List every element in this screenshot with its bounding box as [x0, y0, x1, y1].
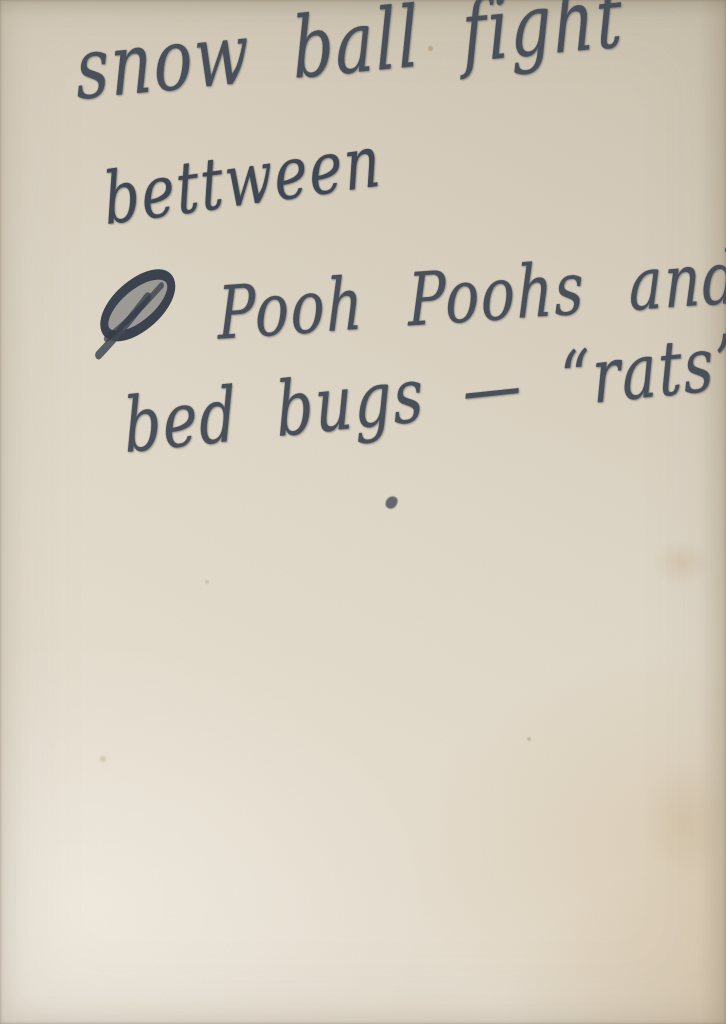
paper-stain — [640, 760, 726, 880]
handwritten-line-2: bettween — [100, 120, 385, 242]
handwritten-text: bettween — [100, 120, 385, 242]
handwritten-text: bed bugs — “rats” — [122, 316, 726, 470]
paper-edge-shade-top — [0, 0, 726, 18]
paper-speck — [100, 756, 106, 762]
handwritten-line-1: snow ball fight — [74, 0, 626, 120]
paper-grain — [0, 0, 726, 1024]
paper-edge-shade-right — [700, 0, 726, 1024]
ink-blot — [384, 494, 399, 510]
paper-speck — [527, 737, 531, 741]
paper-speck — [205, 580, 209, 584]
paper-stain — [652, 540, 712, 586]
handwritten-line-4: bed bugs — “rats” — [122, 316, 726, 470]
paper-speck — [428, 46, 433, 51]
handwritten-line-3: Pooh Poohs and — [91, 219, 726, 366]
photo-back: snow ball fight bettween Pooh Poohs and … — [0, 0, 726, 1024]
handwritten-text: Pooh Poohs and — [217, 236, 726, 357]
handwritten-text: snow ball fight — [74, 0, 626, 120]
scribble-mark — [91, 258, 184, 366]
